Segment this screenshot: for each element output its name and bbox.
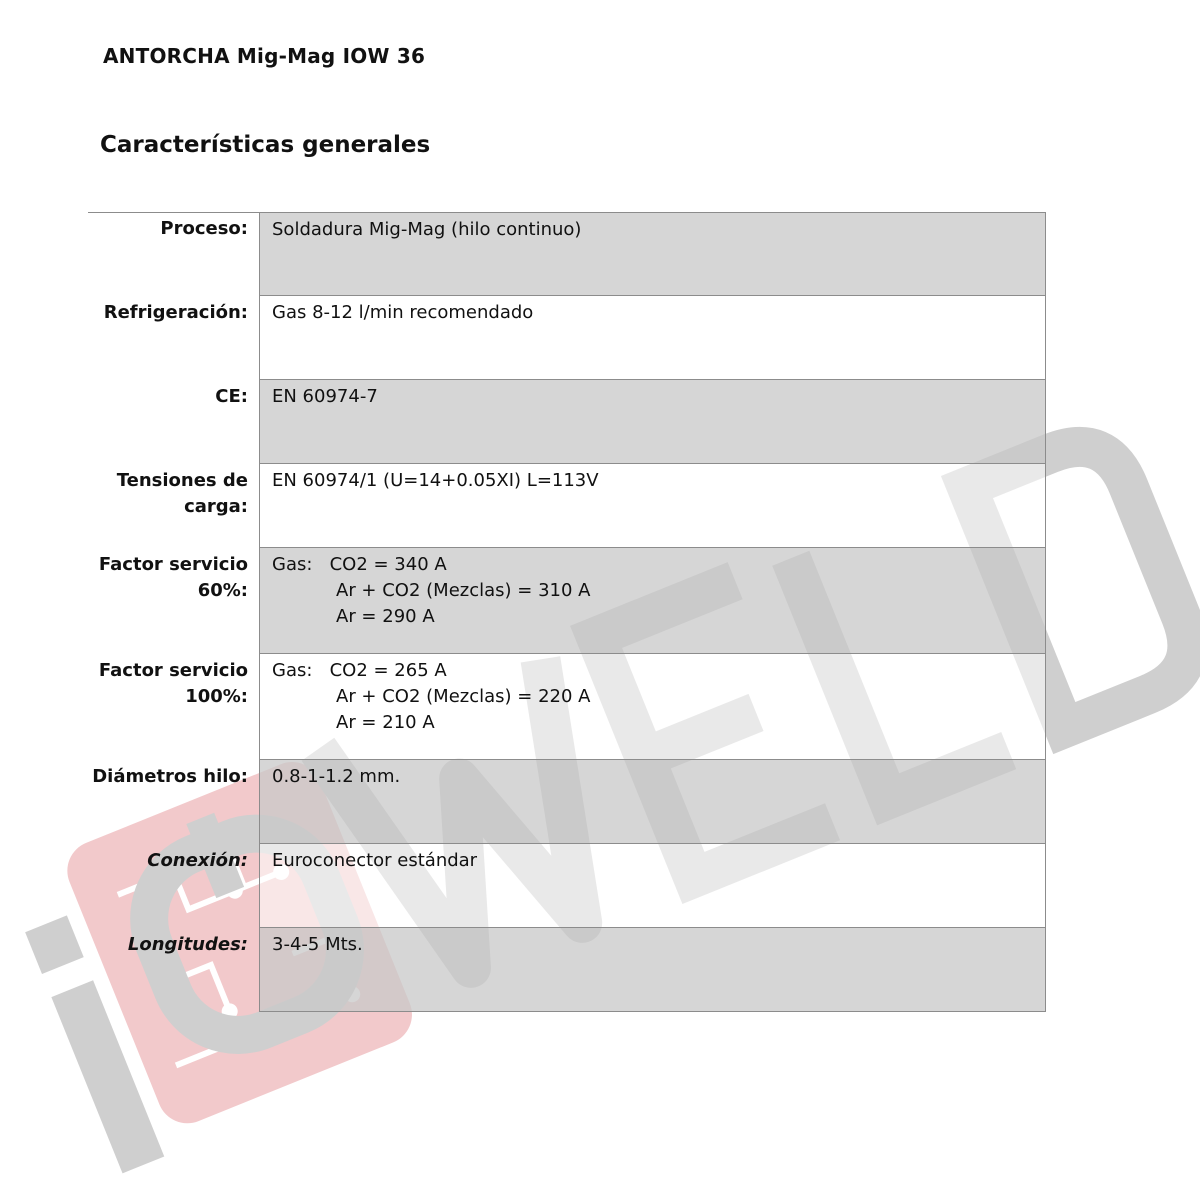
spec-value: Euroconector estándar xyxy=(259,844,1046,928)
spec-value-line: Gas: CO2 = 340 A xyxy=(272,552,1033,578)
spec-value: Soldadura Mig-Mag (hilo continuo) xyxy=(259,212,1046,296)
spec-value-line: Gas 8-12 l/min recomendado xyxy=(272,300,1033,326)
spec-row: Refrigeración:Gas 8-12 l/min recomendado xyxy=(88,296,1046,380)
spec-value-line: Ar + CO2 (Mezclas) = 220 A xyxy=(272,684,1033,710)
spec-value-line: 0.8-1-1.2 mm. xyxy=(272,764,1033,790)
spec-value: EN 60974-7 xyxy=(259,380,1046,464)
spec-label: Longitudes: xyxy=(88,928,259,1012)
spec-row: CE:EN 60974-7 xyxy=(88,380,1046,464)
spec-row: Conexión:Euroconector estándar xyxy=(88,844,1046,928)
spec-value: 3-4-5 Mts. xyxy=(259,928,1046,1012)
spec-row: Factor servicio 60%:Gas: CO2 = 340 AAr +… xyxy=(88,548,1046,654)
spec-value-line: Ar = 210 A xyxy=(272,710,1033,736)
spec-label: Tensiones de carga: xyxy=(88,464,259,548)
spec-row: Factor servicio 100%:Gas: CO2 = 265 AAr … xyxy=(88,654,1046,760)
document-title: ANTORCHA Mig-Mag IOW 36 xyxy=(103,44,425,68)
spec-label: Refrigeración: xyxy=(88,296,259,380)
spec-row: Tensiones de carga:EN 60974/1 (U=14+0.05… xyxy=(88,464,1046,548)
spec-value: Gas: CO2 = 265 AAr + CO2 (Mezclas) = 220… xyxy=(259,654,1046,760)
spec-row: Longitudes:3-4-5 Mts. xyxy=(88,928,1046,1012)
spec-label: Factor servicio 100%: xyxy=(88,654,259,760)
spec-table: Proceso:Soldadura Mig-Mag (hilo continuo… xyxy=(88,212,1046,1012)
spec-value-line: Gas: CO2 = 265 A xyxy=(272,658,1033,684)
spec-label: Factor servicio 60%: xyxy=(88,548,259,654)
spec-value: EN 60974/1 (U=14+0.05XI) L=113V xyxy=(259,464,1046,548)
spec-value-line: EN 60974/1 (U=14+0.05XI) L=113V xyxy=(272,468,1033,494)
spec-value-line: EN 60974-7 xyxy=(272,384,1033,410)
spec-value: Gas: CO2 = 340 AAr + CO2 (Mezclas) = 310… xyxy=(259,548,1046,654)
spec-value: 0.8-1-1.2 mm. xyxy=(259,760,1046,844)
spec-value-line: Soldadura Mig-Mag (hilo continuo) xyxy=(272,217,1033,243)
spec-value: Gas 8-12 l/min recomendado xyxy=(259,296,1046,380)
section-title: Características generales xyxy=(100,132,430,158)
spec-label: Conexión: xyxy=(88,844,259,928)
spec-row: Diámetros hilo:0.8-1-1.2 mm. xyxy=(88,760,1046,844)
spec-label: Diámetros hilo: xyxy=(88,760,259,844)
spec-value-line: Ar + CO2 (Mezclas) = 310 A xyxy=(272,578,1033,604)
spec-value-line: Ar = 290 A xyxy=(272,604,1033,630)
spec-value-line: 3-4-5 Mts. xyxy=(272,932,1033,958)
spec-label: Proceso: xyxy=(88,212,259,296)
spec-row: Proceso:Soldadura Mig-Mag (hilo continuo… xyxy=(88,212,1046,296)
spec-value-line: Euroconector estándar xyxy=(272,848,1033,874)
spec-label: CE: xyxy=(88,380,259,464)
